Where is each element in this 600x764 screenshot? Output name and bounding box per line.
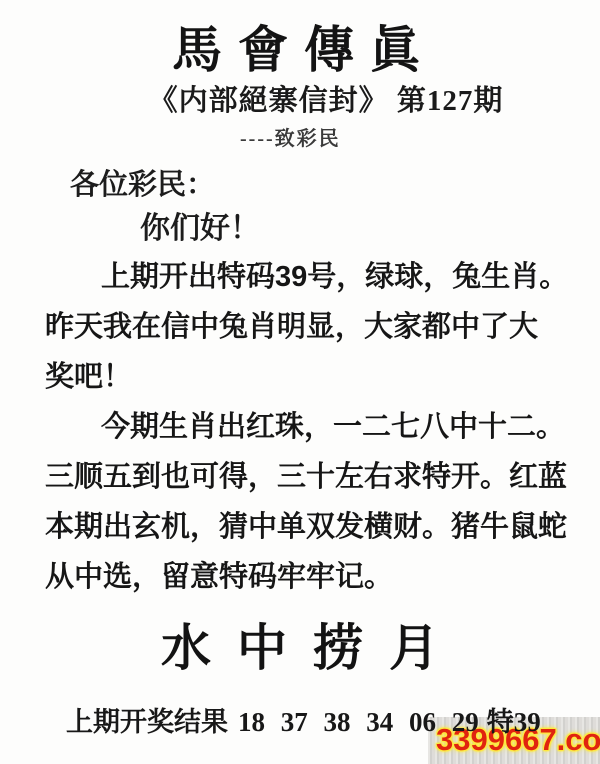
results-numbers: 18 37 38 34 06 29 <box>238 707 479 737</box>
fax-page: 馬會傳眞 《内部絕寨信封》 第127期 ----致彩民 各位彩民： 你们好！ 上… <box>0 0 600 764</box>
body-line: 上期开出特码39号，绿球，兔生肖。 <box>45 252 590 302</box>
salutation: 各位彩民： <box>70 162 215 203</box>
greeting: 你们好！ <box>140 203 260 247</box>
dedication-line: ----致彩民 <box>240 122 341 151</box>
body-line: 今期生肖出红珠，一二七八中十二。 <box>45 402 590 452</box>
body-line: 本期出玄机，猜中单双发横财。猪牛鼠蛇 <box>45 502 590 552</box>
body-line: 昨天我在信中兔肖明显，大家都中了大 <box>45 302 590 352</box>
body-line: 奖吧！ <box>45 352 590 402</box>
body-line: 从中选，留意特码牢牢记。 <box>45 552 590 602</box>
letter-body: 上期开出特码39号，绿球，兔生肖。 昨天我在信中兔肖明显，大家都中了大 奖吧！ … <box>45 252 590 602</box>
results-special-number: 特39 <box>487 707 541 737</box>
slogan-title: 水中捞月 <box>0 608 600 680</box>
fax-title: 馬會傳眞 <box>0 10 600 82</box>
results-line: 上期开奖结果18 37 38 34 06 29特39 <box>66 700 541 739</box>
body-line: 三顺五到也可得，三十左右求特开。红蓝 <box>45 452 590 502</box>
results-label: 上期开奖结果 <box>66 707 228 737</box>
fax-subtitle: 《内部絕寨信封》 第127期 <box>0 78 600 119</box>
